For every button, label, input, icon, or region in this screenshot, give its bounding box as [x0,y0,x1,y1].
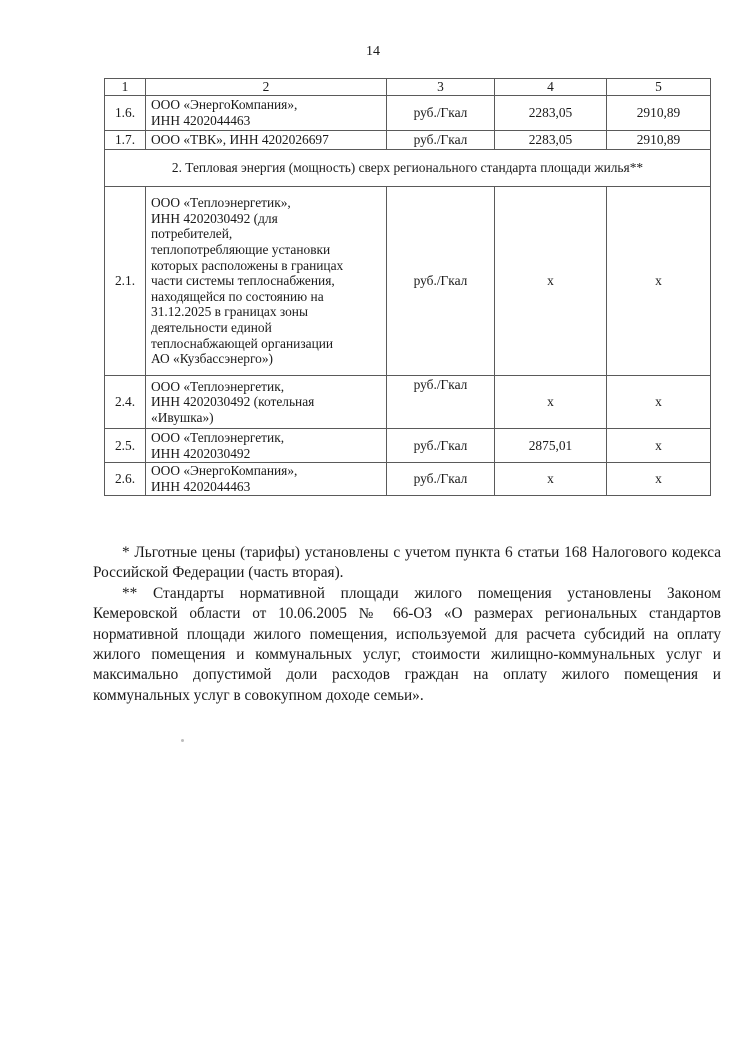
value-cell-4: х [495,463,607,496]
unit-cell: руб./Гкал [387,429,495,463]
row-number: 1.6. [105,96,146,131]
table-row: 1.7. ООО «ТВК», ИНН 4202026697 руб./Гкал… [105,131,711,150]
column-number-5: 5 [607,79,711,96]
section-heading-row: 2. Тепловая энергия (мощность) сверх рег… [105,150,711,187]
value-cell-4: 2283,05 [495,131,607,150]
row-number: 2.1. [105,187,146,376]
organization-line: ООО «ТВК», ИНН 4202026697 [151,132,381,148]
row-number: 2.5. [105,429,146,463]
organization-line: которых расположены в границах [151,258,381,274]
unit-cell: руб./Гкал [387,376,495,429]
value-cell-4: 2283,05 [495,96,607,131]
organization-line: потребителей, [151,226,381,242]
section-2-title: 2. Тепловая энергия (мощность) сверх рег… [105,150,711,187]
table-row: 2.1. ООО «Теплоэнергетик», ИНН 420203049… [105,187,711,376]
scan-speck [181,739,184,742]
organization-line: «Ивушка») [151,410,381,426]
organization-line: ИНН 4202044463 [151,479,381,495]
column-number-3: 3 [387,79,495,96]
organization-line: деятельности единой [151,320,381,336]
column-number-1: 1 [105,79,146,96]
footnote-single-asterisk: * Льготные цены (тарифы) установлены с у… [93,543,721,584]
table-row: 2.4. ООО «Теплоэнергетик, ИНН 4202030492… [105,376,711,429]
value-cell-4: х [495,376,607,429]
organization-line: теплоснабжающей организации [151,336,381,352]
footnotes: * Льготные цены (тарифы) установлены с у… [93,543,721,706]
table-row: 2.6. ООО «ЭнергоКомпания», ИНН 420204446… [105,463,711,496]
value-cell-5: х [607,376,711,429]
organization-cell: ООО «ЭнергоКомпания», ИНН 4202044463 [146,463,387,496]
organization-line: находящейся по состоянию на [151,289,381,305]
value-cell-5: 2910,89 [607,131,711,150]
organization-line: ООО «Теплоэнергетик», [151,195,381,211]
value-cell-5: 2910,89 [607,96,711,131]
unit-cell: руб./Гкал [387,187,495,376]
organization-line: ООО «Теплоэнергетик, [151,430,381,446]
organization-line: ООО «ЭнергоКомпания», [151,97,381,113]
organization-cell: ООО «ЭнергоКомпания», ИНН 4202044463 [146,96,387,131]
organization-line: ИНН 4202030492 [151,446,381,462]
footnote-double-asterisk: ** Стандарты нормативной площади жилого … [93,584,721,706]
organization-line: части системы теплоснабжения, [151,273,381,289]
table-row: 2.5. ООО «Теплоэнергетик, ИНН 4202030492… [105,429,711,463]
organization-cell: ООО «Теплоэнергетик, ИНН 4202030492 [146,429,387,463]
unit-cell: руб./Гкал [387,463,495,496]
row-number: 2.6. [105,463,146,496]
organization-line: АО «Кузбассэнерго») [151,351,381,367]
page-number: 14 [0,44,746,60]
column-number-4: 4 [495,79,607,96]
organization-cell: ООО «Теплоэнергетик, ИНН 4202030492 (кот… [146,376,387,429]
row-number: 2.4. [105,376,146,429]
organization-line: ООО «Теплоэнергетик, [151,379,381,395]
organization-line: ИНН 4202044463 [151,113,381,129]
organization-line: ИНН 4202030492 (для [151,211,381,227]
organization-line: ИНН 4202030492 (котельная [151,394,381,410]
value-cell-5: х [607,187,711,376]
column-number-2: 2 [146,79,387,96]
table-header-row: 1 2 3 4 5 [105,79,711,96]
organization-cell: ООО «ТВК», ИНН 4202026697 [146,131,387,150]
tariff-table: 1 2 3 4 5 1.6. ООО «ЭнергоКомпания», ИНН… [104,78,711,496]
value-cell-5: х [607,429,711,463]
row-number: 1.7. [105,131,146,150]
organization-line: 31.12.2025 в границах зоны [151,304,381,320]
organization-line: ООО «ЭнергоКомпания», [151,463,381,479]
unit-cell: руб./Гкал [387,131,495,150]
value-cell-5: х [607,463,711,496]
value-cell-4: х [495,187,607,376]
organization-line: теплопотребляющие установки [151,242,381,258]
organization-cell: ООО «Теплоэнергетик», ИНН 4202030492 (дл… [146,187,387,376]
value-cell-4: 2875,01 [495,429,607,463]
table-row: 1.6. ООО «ЭнергоКомпания», ИНН 420204446… [105,96,711,131]
unit-cell: руб./Гкал [387,96,495,131]
